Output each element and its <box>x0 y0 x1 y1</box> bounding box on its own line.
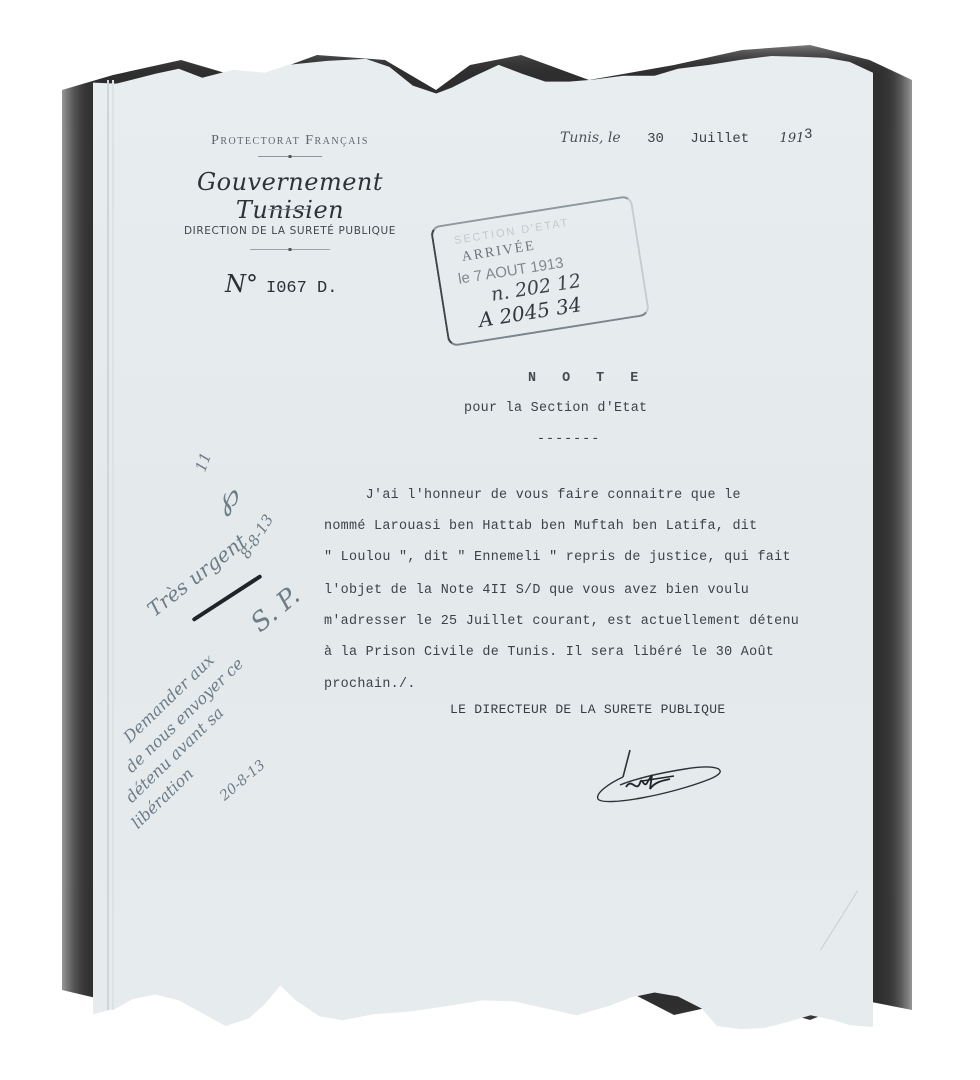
signature-icon <box>590 745 730 815</box>
dateline-month: Juillet <box>690 131 749 147</box>
body-line: prochain./. <box>324 677 416 692</box>
body-line: " Loulou ", dit " Ennemeli " repris de j… <box>324 550 791 565</box>
note-title: N O T E <box>528 371 647 386</box>
letterhead-gouvernement: Gouvernement Tunisien <box>140 168 440 224</box>
number-value: I067 D. <box>266 279 337 298</box>
body-line: m'adresser le 25 Juillet courant, est ac… <box>324 614 799 629</box>
letterhead-ornament <box>258 156 322 157</box>
dateline-year-digit: 3 <box>804 125 812 141</box>
number-prefix: N° <box>225 270 258 298</box>
letterhead-direction: DIRECTION DE LA SURETÉ PUBLIQUE <box>165 225 415 237</box>
dateline: Tunis, le 30 Juillet 1913 <box>560 125 812 147</box>
margin-rule <box>107 80 109 1010</box>
dateline-year-prefix: 191 <box>780 131 805 146</box>
letterhead-protectorat: Protectorat Français <box>160 133 420 149</box>
letterhead-ornament <box>250 249 330 250</box>
body-line: l'objet de la Note 4II S/D que vous avez… <box>324 583 749 598</box>
note-subtitle: pour la Section d'Etat <box>464 401 647 416</box>
dateline-place: Tunis, le <box>560 130 621 146</box>
signatory-title: LE DIRECTEUR DE LA SURETE PUBLIQUE <box>450 702 725 717</box>
body-line: à la Prison Civile de Tunis. Il sera lib… <box>324 645 774 660</box>
document-number: N°I067 D. <box>225 270 337 298</box>
body-line: nommé Larouasi ben Hattab ben Muftah ben… <box>324 519 757 534</box>
signature <box>590 745 730 820</box>
body-line: J'ai l'honneur de vous faire connaitre q… <box>324 488 741 503</box>
letterhead-ornament <box>268 209 308 210</box>
dateline-day: 30 <box>647 131 664 147</box>
note-rule: ------- <box>537 432 600 447</box>
